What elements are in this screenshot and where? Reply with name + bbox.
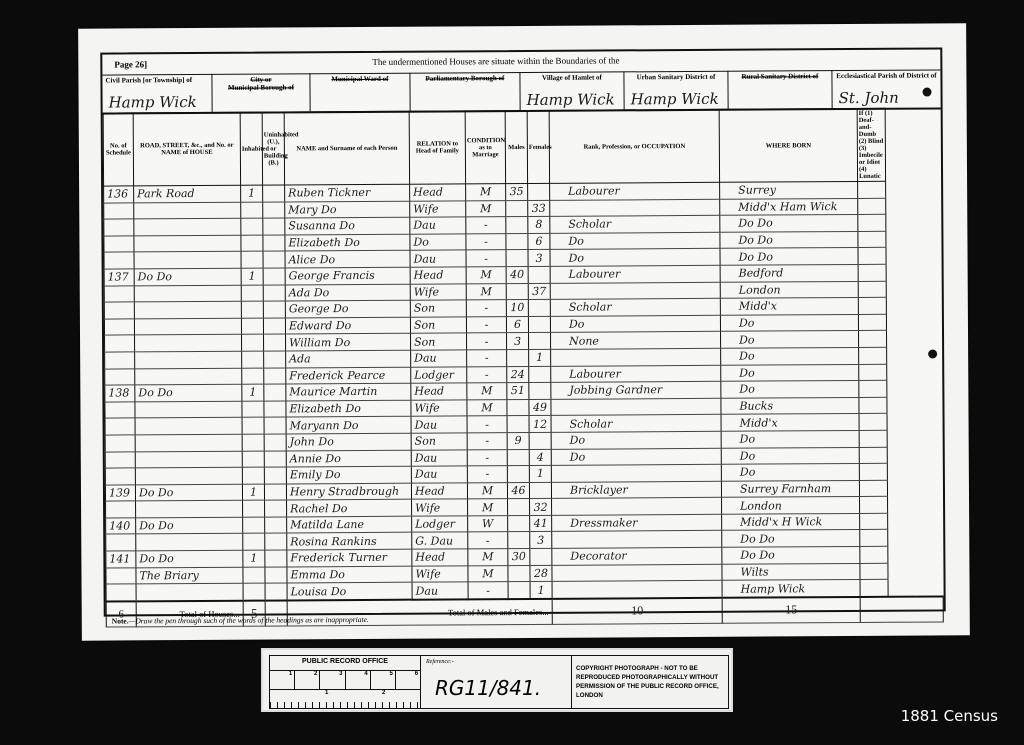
cell-female: [530, 548, 552, 565]
cell-relation: Wife: [412, 499, 468, 516]
cell-condition: -: [468, 532, 508, 549]
cell-infirm: [858, 198, 886, 215]
cell-name: Ruben Tickner: [285, 184, 410, 201]
cell-uninhabited: [265, 550, 287, 567]
cell-schedule: 137: [104, 269, 134, 286]
civil-parish-label: Civil Parish [or Township] of: [105, 76, 208, 85]
cell-relation: Dau: [411, 350, 467, 367]
cell-road: [134, 235, 241, 252]
cell-female: [528, 183, 550, 200]
cell-born: Do: [721, 447, 859, 464]
cell-condition: -: [467, 433, 507, 450]
col-occupation: Rank, Profession, or OCCUPATION: [549, 109, 719, 183]
cell-name: Edward Do: [285, 317, 410, 334]
cell-schedule: [106, 584, 136, 601]
cell-male: [506, 233, 528, 250]
cell-inhabited: [243, 500, 265, 517]
cell-male: 35: [506, 183, 528, 200]
cell-male: [508, 515, 530, 532]
cell-inhabited: [242, 451, 264, 468]
cell-occupation: Do: [550, 232, 720, 250]
cell-male: 24: [507, 366, 529, 383]
ruler-mark: 1: [325, 690, 328, 696]
cell-condition: -: [466, 316, 506, 333]
ecclesiastical-parish-label: Ecclesiastical Parish of District of: [835, 71, 937, 80]
cell-born: Do: [721, 331, 859, 348]
cell-inhabited: 1: [243, 550, 265, 567]
cell-relation: Wife: [411, 400, 467, 417]
cell-schedule: [104, 236, 134, 253]
cell-relation: Dau: [411, 449, 467, 466]
cell-road: [135, 335, 242, 352]
cell-born: Midd'x H Wick: [722, 513, 860, 530]
cell-road: [136, 583, 243, 601]
cell-condition: M: [466, 184, 506, 201]
cell-schedule: [104, 202, 134, 219]
cell-infirm: [858, 248, 886, 265]
cell-born: London: [720, 281, 858, 298]
cell-uninhabited: [263, 301, 285, 318]
cell-male: [506, 283, 528, 300]
cell-uninhabited: [265, 533, 287, 550]
cell-infirm: [858, 331, 886, 348]
cell-inhabited: [241, 251, 263, 268]
cell-road: Do Do: [136, 517, 243, 534]
cell-name: Susanna Do: [285, 217, 410, 234]
cell-infirm: [860, 563, 888, 580]
cell-condition: M: [468, 499, 508, 516]
cell-male: 40: [506, 266, 528, 283]
page-title: The undermentioned Houses are situate wi…: [372, 55, 619, 67]
cell-road: [134, 318, 241, 335]
urban-sanitary-label: Urban Sanitary District of: [627, 73, 724, 82]
cell-born: Do Do: [720, 215, 858, 232]
cell-infirm: [858, 281, 886, 298]
cell-inhabited: [241, 301, 263, 318]
scale-top: 1 2 3 4 5 6: [270, 671, 420, 690]
cell-born: Hamp Wick: [722, 580, 860, 598]
cell-condition: -: [467, 366, 507, 383]
cell-born: London: [722, 497, 860, 514]
cell-condition: -: [467, 333, 507, 350]
cell-infirm: [859, 463, 887, 480]
cell-male: [508, 532, 530, 549]
cell-uninhabited: [264, 334, 286, 351]
cell-born: Do: [721, 464, 859, 481]
cell-born: Bucks: [721, 397, 859, 414]
cell-infirm: [859, 364, 887, 381]
cell-occupation: Scholar: [550, 215, 720, 233]
copyright-notice: COPYRIGHT PHOTOGRAPH - NOT TO BE REPRODU…: [572, 656, 728, 708]
cell-uninhabited: [264, 367, 286, 384]
cell-road: [134, 202, 241, 219]
note-text: —Draw the pen through such of the words …: [129, 615, 369, 625]
cell-schedule: 141: [106, 551, 136, 568]
cell-name: Ada: [286, 350, 411, 367]
cell-name: Elizabeth Do: [286, 400, 411, 417]
cell-name: Alice Do: [285, 251, 410, 268]
cell-schedule: [105, 402, 135, 419]
cell-condition: M: [466, 267, 506, 284]
cell-name: George Do: [285, 300, 410, 317]
urban-sanitary-cell: Urban Sanitary District of Hamp Wick: [624, 71, 728, 110]
cell-schedule: [104, 319, 134, 336]
cell-infirm: [858, 181, 886, 198]
footnote: Note.—Draw the pen through such of the w…: [112, 615, 369, 626]
cell-road: [134, 252, 241, 269]
cell-inhabited: 1: [242, 384, 264, 401]
cell-occupation: [552, 581, 722, 599]
cell-name: Frederick Turner: [287, 549, 412, 566]
scale-mark: 4: [346, 671, 371, 689]
cell-condition: -: [467, 466, 507, 483]
cell-female: 1: [529, 349, 551, 366]
cell-relation: Dau: [412, 582, 468, 599]
cell-occupation: Jobbing Gardner: [551, 381, 721, 399]
cell-name: Maurice Martin: [286, 383, 411, 400]
cell-uninhabited: [264, 484, 286, 501]
total-females: 15: [722, 597, 860, 623]
cell-female: 28: [530, 565, 552, 582]
cell-female: [529, 366, 551, 383]
cell-infirm: [858, 297, 886, 314]
cell-uninhabited: [264, 417, 286, 434]
note-prefix: Note.: [112, 616, 129, 625]
cell-road: [135, 351, 242, 368]
cell-name: Maryann Do: [286, 417, 411, 434]
col-name: NAME and Surname of each Person: [284, 111, 409, 185]
cell-relation: Son: [411, 433, 467, 450]
office-name: PUBLIC RECORD OFFICE: [270, 656, 420, 671]
cell-occupation: [552, 531, 722, 549]
cell-name: Elizabeth Do: [285, 234, 410, 251]
cell-uninhabited: [263, 251, 285, 268]
cell-name: William Do: [286, 334, 411, 351]
cell-relation: Head: [411, 483, 467, 500]
cell-female: [528, 316, 550, 333]
cell-schedule: [106, 534, 136, 551]
cell-road: Do Do: [136, 550, 243, 567]
cell-name: Emily Do: [286, 466, 411, 483]
cell-name: Rosina Rankins: [287, 533, 412, 550]
cell-uninhabited: [264, 401, 286, 418]
cell-road: Do Do: [135, 484, 242, 501]
cell-condition: M: [466, 200, 506, 217]
cell-name: John Do: [286, 433, 411, 450]
page-number: Page 26]: [114, 59, 147, 69]
cell-road: Do Do: [135, 384, 242, 401]
col-born: WHERE BORN: [719, 108, 857, 182]
cell-male: [506, 250, 528, 267]
col-infirm: If (1) Deaf-and-Dumb (2) Blind (3) Imbec…: [857, 108, 885, 181]
cell-inhabited: [242, 368, 264, 385]
cell-road: [135, 368, 242, 385]
cell-male: [506, 217, 528, 234]
cell-name: Frederick Pearce: [286, 367, 411, 384]
cell-male: [507, 399, 529, 416]
cell-born: Surrey: [720, 181, 858, 198]
col-inhabited: Inhabited: [240, 112, 262, 185]
cell-inhabited: [242, 417, 264, 434]
punch-hole: [928, 349, 937, 358]
cell-schedule: [104, 285, 134, 302]
cell-female: 12: [529, 416, 551, 433]
cell-infirm: [859, 380, 887, 397]
cell-road: [136, 534, 243, 551]
civil-parish-value: Hamp Wick: [109, 93, 197, 112]
cell-road: [135, 401, 242, 418]
cell-road: [134, 218, 241, 235]
cell-schedule: [105, 352, 135, 369]
cell-condition: M: [467, 399, 507, 416]
cell-inhabited: [241, 202, 263, 219]
cell-born: Bedford: [720, 264, 858, 281]
cell-infirm: [858, 231, 886, 248]
cell-road: [135, 451, 242, 468]
cell-inhabited: [243, 583, 265, 600]
scale-mark: 1: [270, 671, 295, 689]
cell-female: 8: [528, 217, 550, 234]
cell-born: Do Do: [720, 231, 858, 248]
cell-relation: Dau: [411, 466, 467, 483]
table-header: No. of Schedule ROAD, STREET, &c., and N…: [103, 108, 940, 186]
reference-value: RG11/841.: [435, 676, 541, 700]
cell-occupation: [552, 498, 722, 516]
cell-female: 3: [528, 250, 550, 267]
municipal-borough-label: Municipal Borough of: [215, 83, 306, 92]
cell-infirm: [859, 347, 887, 364]
cell-male: 9: [507, 432, 529, 449]
public-record-office-label: PUBLIC RECORD OFFICE 1 2 3 4 5 6 1 2 Ref…: [261, 648, 733, 712]
cell-occupation: [550, 199, 720, 217]
scale-mark: 2: [295, 671, 320, 689]
col-relation: RELATION to Head of Family: [409, 111, 465, 184]
cell-female: [529, 333, 551, 350]
cell-occupation: Scholar: [551, 415, 721, 433]
cell-occupation: Scholar: [550, 298, 720, 316]
cell-male: 6: [506, 316, 528, 333]
cell-relation: Son: [411, 333, 467, 350]
cell-condition: -: [466, 300, 506, 317]
cell-relation: Do: [410, 234, 466, 251]
cell-uninhabited: [263, 268, 285, 285]
cell-condition: -: [466, 217, 506, 234]
col-condition: CONDITION as to Marriage: [465, 111, 505, 184]
cell-condition: -: [466, 233, 506, 250]
cell-occupation: Bricklayer: [551, 481, 721, 499]
ecclesiastical-parish-value: St. John: [839, 89, 899, 107]
cell-schedule: 140: [106, 518, 136, 535]
village-value: Hamp Wick: [527, 90, 615, 109]
cell-schedule: 138: [105, 385, 135, 402]
cell-male: [507, 449, 529, 466]
household-table: No. of Schedule ROAD, STREET, &c., and N…: [103, 107, 944, 627]
cell-female: [528, 266, 550, 283]
cell-inhabited: 1: [241, 185, 263, 202]
cell-occupation: [551, 464, 721, 482]
cell-inhabited: [243, 517, 265, 534]
cell-schedule: [105, 451, 135, 468]
cell-schedule: [104, 219, 134, 236]
cell-inhabited: 1: [241, 268, 263, 285]
cell-female: [529, 432, 551, 449]
cell-inhabited: [241, 285, 263, 302]
cell-road: [134, 301, 241, 318]
cell-occupation: Do: [551, 448, 721, 466]
cell-infirm: [858, 264, 886, 281]
cell-infirm: [859, 397, 887, 414]
cell-infirm: [860, 513, 888, 530]
cell-uninhabited: [264, 351, 286, 368]
cell-schedule: [106, 568, 136, 585]
cell-name: Ada Do: [285, 284, 410, 301]
cell-inhabited: [241, 235, 263, 252]
cell-relation: Lodger: [411, 366, 467, 383]
cell-male: [508, 499, 530, 516]
cell-male: 10: [506, 300, 528, 317]
cell-road: [136, 501, 243, 518]
cell-infirm: [860, 546, 888, 563]
cell-uninhabited: [265, 567, 287, 584]
cell-name: Matilda Lane: [287, 516, 412, 533]
punch-hole: [923, 88, 932, 97]
cell-relation: Lodger: [412, 516, 468, 533]
cell-female: 41: [530, 515, 552, 532]
cell-female: 33: [528, 200, 550, 217]
cell-born: Do: [720, 314, 858, 331]
cell-female: 1: [530, 582, 552, 599]
cell-born: Do Do: [722, 547, 860, 564]
cell-female: 32: [530, 499, 552, 516]
cell-condition: -: [466, 250, 506, 267]
cell-road: The Briary: [136, 567, 243, 584]
total-males: 10: [552, 598, 722, 625]
cell-infirm: [858, 314, 886, 331]
cell-occupation: Do: [551, 431, 721, 449]
cell-occupation: [552, 564, 722, 582]
cell-male: 51: [507, 383, 529, 400]
cell-occupation: Labourer: [550, 182, 720, 200]
urban-sanitary-value: Hamp Wick: [631, 90, 719, 109]
cell-name: Mary Do: [285, 201, 410, 218]
cell-inhabited: [242, 351, 264, 368]
cell-condition: M: [468, 565, 508, 582]
cell-schedule: [104, 252, 134, 269]
cell-uninhabited: [263, 202, 285, 219]
cell-condition: -: [468, 582, 508, 599]
municipal-ward-cell: Municipal Ward of: [310, 73, 410, 112]
cell-condition: M: [467, 383, 507, 400]
census-page: Page 26] The undermentioned Houses are s…: [78, 23, 970, 640]
scale-box: PUBLIC RECORD OFFICE 1 2 3 4 5 6 1 2: [270, 656, 421, 708]
municipal-ward-label: Municipal Ward of: [313, 75, 406, 84]
cell-schedule: [105, 468, 135, 485]
cell-relation: Wife: [412, 566, 468, 583]
cell-name: Emma Do: [287, 566, 412, 583]
cell-relation: Head: [412, 549, 468, 566]
cell-inhabited: [242, 467, 264, 484]
rural-sanitary-cell: Rural Sanitary District of: [728, 70, 832, 109]
village-label: Village of Hamlet of: [523, 73, 620, 82]
cell-schedule: 136: [104, 186, 134, 203]
cell-uninhabited: [263, 235, 285, 252]
cell-uninhabited: [263, 185, 285, 202]
cell-inhabited: [241, 218, 263, 235]
cell-condition: M: [467, 482, 507, 499]
col-males: Males: [505, 110, 527, 183]
cell-uninhabited: [263, 218, 285, 235]
col-females: Females: [527, 110, 549, 183]
cell-male: [507, 349, 529, 366]
cell-schedule: [105, 435, 135, 452]
cell-schedule: [105, 418, 135, 435]
cell-inhabited: [241, 318, 263, 335]
cell-relation: Son: [410, 300, 466, 317]
cell-born: Do: [721, 347, 859, 364]
cell-female: 4: [529, 449, 551, 466]
census-form: Page 26] The undermentioned Houses are s…: [100, 47, 945, 616]
cell-condition: -: [467, 449, 507, 466]
cell-infirm: [859, 430, 887, 447]
cell-uninhabited: [265, 500, 287, 517]
cell-uninhabited: [264, 467, 286, 484]
cell-occupation: [551, 348, 721, 366]
cell-schedule: [104, 302, 134, 319]
cell-female: [528, 299, 550, 316]
total-blank: [860, 596, 943, 622]
cell-male: [508, 582, 530, 599]
cell-born: Do: [721, 381, 859, 398]
cell-condition: W: [468, 515, 508, 532]
ruler-mark: 2: [382, 690, 385, 696]
caption: 1881 Census: [901, 707, 998, 725]
cell-uninhabited: [264, 434, 286, 451]
cell-occupation: Labourer: [551, 365, 721, 383]
cell-name: Annie Do: [286, 450, 411, 467]
cell-male: [507, 416, 529, 433]
cell-relation: Wife: [410, 200, 466, 217]
cell-male: [507, 466, 529, 483]
cell-female: 6: [528, 233, 550, 250]
cell-occupation: Do: [550, 249, 720, 267]
cell-female: 37: [528, 283, 550, 300]
cell-born: Do Do: [720, 248, 858, 265]
cell-female: [529, 382, 551, 399]
cell-schedule: [105, 335, 135, 352]
reference-box: Reference:- RG11/841.: [421, 656, 572, 708]
cell-condition: -: [467, 416, 507, 433]
cell-relation: Wife: [410, 283, 466, 300]
cell-born: Do: [721, 430, 859, 447]
cell-schedule: 139: [105, 485, 135, 502]
cell-occupation: Decorator: [552, 547, 722, 565]
cell-inhabited: [242, 434, 264, 451]
cell-born: Wilts: [722, 563, 860, 580]
cell-infirm: [860, 530, 888, 547]
cell-born: Surrey Farnham: [721, 480, 859, 497]
cell-road: [134, 285, 241, 302]
cell-female: [529, 482, 551, 499]
parliamentary-borough-cell: Parliamentary Borough of: [410, 72, 520, 111]
cell-infirm: [859, 414, 887, 431]
scale-mark: 5: [371, 671, 396, 689]
cell-infirm: [858, 214, 886, 231]
cell-schedule: [106, 501, 136, 518]
cell-male: 30: [508, 549, 530, 566]
cell-relation: Head: [411, 383, 467, 400]
cell-female: 1: [529, 465, 551, 482]
rural-sanitary-label: Rural Sanitary District of: [731, 72, 828, 81]
